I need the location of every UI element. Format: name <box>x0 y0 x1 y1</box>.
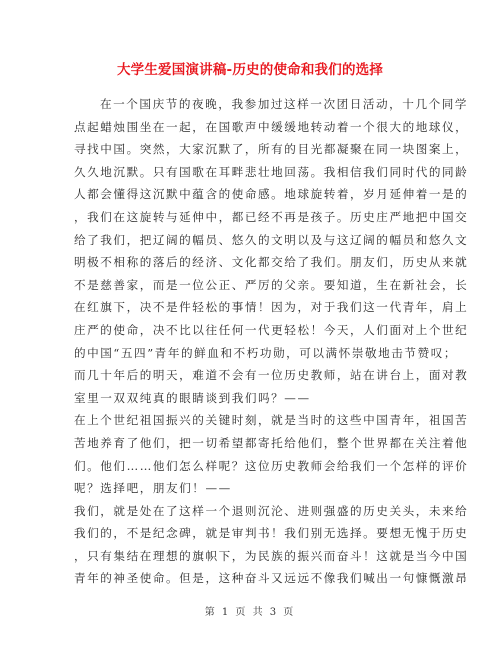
paragraph-line: 室里一双双纯真的眼睛谈到我们吗？—— <box>74 387 430 410</box>
paragraph-line: ，我们在这旋转与延伸中，都已经不再是孩子。历史庄严地把中国交 <box>74 206 430 229</box>
paragraph-line: 我们的，不是纪念碑，就是审判书！我们别无选择。要想无愧于历史 <box>74 522 430 545</box>
paragraph-line: 不是慈善家，而是一位公正、严厉的父亲。要知道，生在新社会，长 <box>74 274 430 297</box>
paragraph-line: 寻找中国。突然，大家沉默了，所有的目光都凝聚在同一块图案上， <box>74 138 430 161</box>
paragraph-line: 呢？选择吧，朋友们！—— <box>74 477 430 500</box>
paragraph-line: 而几十年后的明天，难道不会有一位历史教师，站在讲台上，面对教 <box>74 364 430 387</box>
page-number-footer: 第 1 页 共 3 页 <box>0 603 500 618</box>
paragraph-line: 在红旗下，决不是件轻松的事情！因为，对于我们这一代青年，肩上 <box>74 296 430 319</box>
document-page: 大学生爱国演讲稿-历史的使命和我们的选择 在一个国庆节的夜晚，我参加过这样一次团… <box>0 0 500 647</box>
paragraph-line: 们。他们……他们怎么样呢？这位历史教师会给我们一个怎样的评价 <box>74 455 430 478</box>
paragraph-line: 人都会懂得这沉默中蕴含的使命感。地球旋转着，岁月延伸着一是的 <box>74 183 430 206</box>
paragraph-line: 给了我们，把辽阔的幅员、悠久的文明以及与这辽阔的幅员和悠久文 <box>74 229 430 252</box>
paragraph-line: 我们，就是处在了这样一个退则沉沦、进则强盛的历史关头，未来给 <box>74 500 430 523</box>
paragraph-line: 庄严的使命，决不比以往任何一代更轻松！今天，人们面对上个世纪 <box>74 319 430 342</box>
paragraph-line: 苦地养育了他们，把一切希望都寄托给他们，整个世界都在关注着他 <box>74 432 430 455</box>
paragraph-line: 久久地沉默。只有国歌在耳畔悲壮地回荡。我相信我们同时代的同龄 <box>74 161 430 184</box>
paragraph-line: 的中国“五四”青年的鲜血和不朽功勋，可以满怀崇敬地击节赞叹； <box>74 342 430 365</box>
paragraph-line: 青年的神圣使命。但是，这种奋斗又远远不像我们喊出一句慷慨激昂 <box>74 567 430 590</box>
document-title: 大学生爱国演讲稿-历史的使命和我们的选择 <box>0 58 500 78</box>
document-body: 在一个国庆节的夜晚，我参加过这样一次团日活动，十几个同学 点起蜡烛围坐在一起，在… <box>74 93 430 590</box>
paragraph-line: 明极不相称的落后的经济、文化都交给了我们。朋友们，历史从来就 <box>74 251 430 274</box>
paragraph-line: ，只有集结在理想的旗帜下，为民族的振兴而奋斗！这就是当今中国 <box>74 545 430 568</box>
paragraph-line: 在一个国庆节的夜晚，我参加过这样一次团日活动，十几个同学 <box>74 93 430 116</box>
paragraph-line: 在上个世纪祖国振兴的关键时刻，就是当时的这些中国青年，祖国苦 <box>74 409 430 432</box>
paragraph-line: 点起蜡烛围坐在一起，在国歌声中缓缓地转动着一个很大的地球仪， <box>74 116 430 139</box>
